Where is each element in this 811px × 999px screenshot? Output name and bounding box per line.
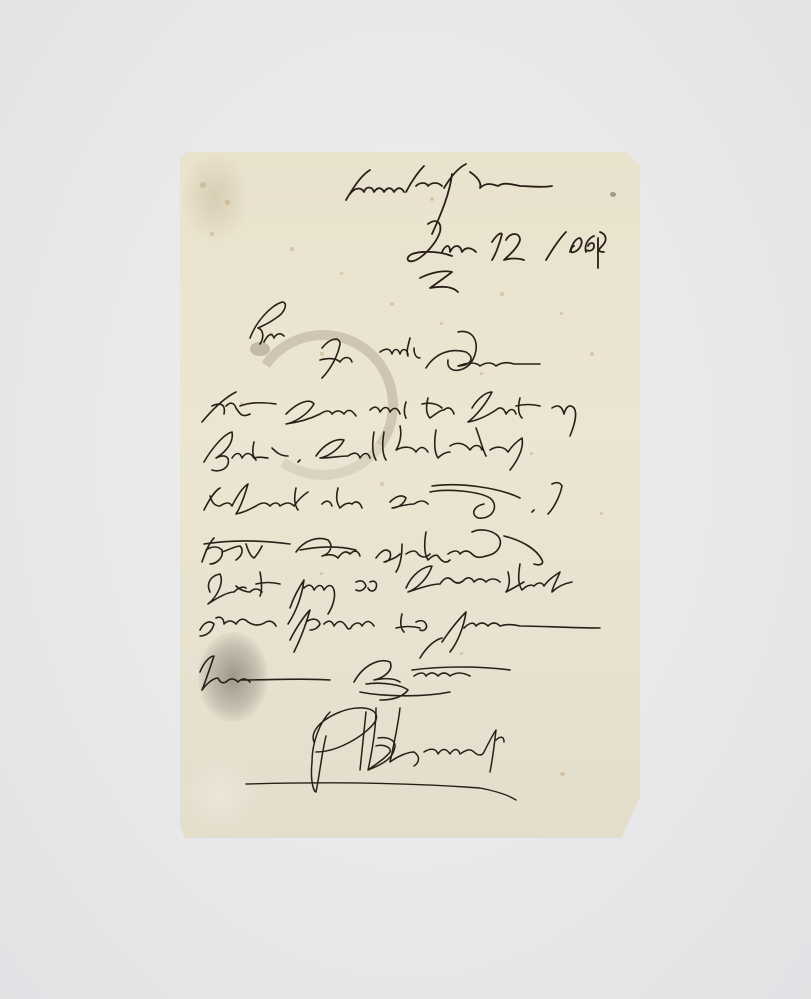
body-line-8 — [200, 638, 510, 700]
body-line-7 — [200, 610, 600, 652]
date-line — [408, 221, 606, 292]
address-line — [346, 164, 552, 234]
letter-paper — [180, 152, 640, 838]
salutation — [250, 302, 285, 344]
body-line-1 — [320, 331, 540, 378]
body-line-2 — [202, 392, 576, 436]
body-line-5 — [202, 530, 543, 572]
body-line-6 — [208, 564, 572, 624]
body-line-4 — [204, 483, 562, 519]
body-line-3 — [204, 426, 522, 471]
signature — [246, 708, 516, 800]
handwriting — [180, 152, 640, 838]
